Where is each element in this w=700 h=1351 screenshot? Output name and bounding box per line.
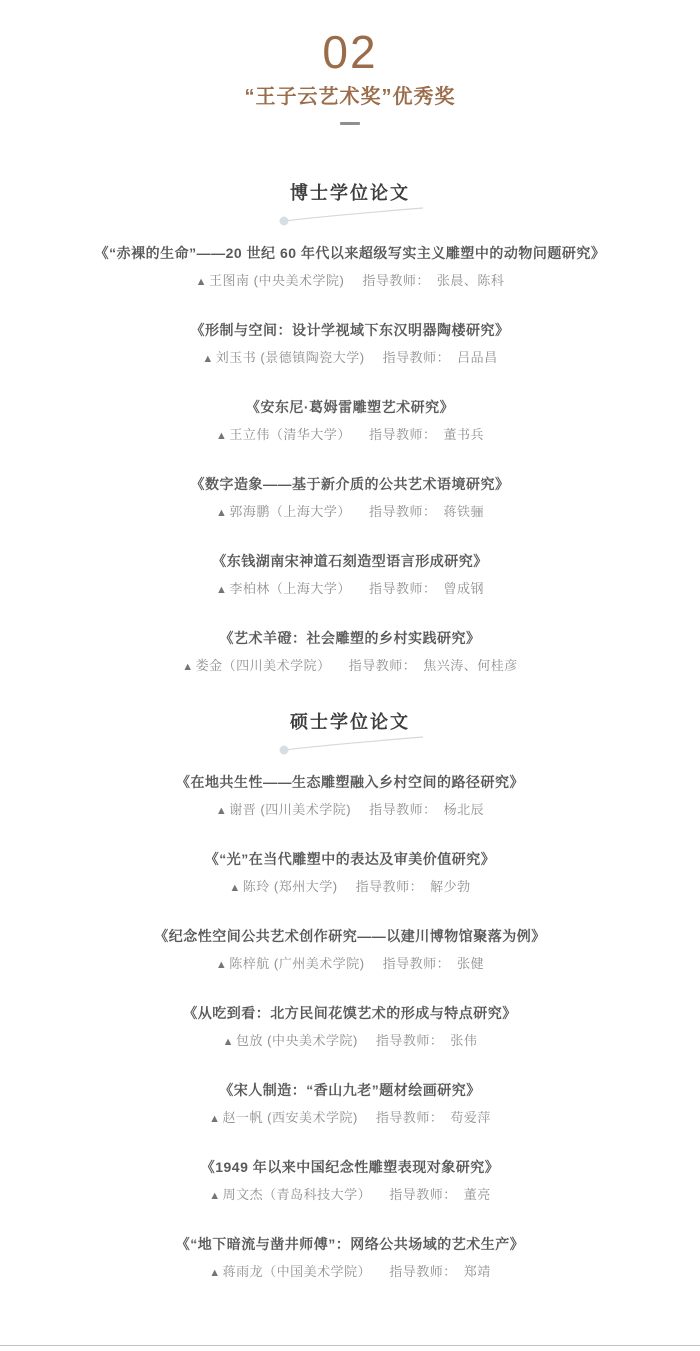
thesis-entry: 《“赤裸的生命”——20 世纪 60 年代以来超级写实主义雕塑中的动物问题研究》… <box>0 243 700 291</box>
thesis-title: 《艺术羊磴：社会雕塑的乡村实践研究》 <box>0 628 700 648</box>
triangle-marker-icon: ▲ <box>216 430 227 442</box>
thesis-advisors: 董书兵 <box>443 427 484 442</box>
title-divider-dash <box>340 122 360 125</box>
section-heading: 硕士学位论文 <box>0 710 700 735</box>
thesis-author: 王图南 (中央美术学院) <box>209 273 344 288</box>
doctoral-entries: 《“赤裸的生命”——20 世纪 60 年代以来超级写实主义雕塑中的动物问题研究》… <box>0 243 700 676</box>
thesis-byline: ▲陈梓航 (广州美术学院)指导教师：张健 <box>0 955 700 974</box>
advisor-label: 指导教师： <box>376 1033 444 1048</box>
triangle-marker-icon: ▲ <box>223 1036 234 1048</box>
thesis-byline: ▲郭海鹏（上海大学）指导教师：蒋铁骊 <box>0 503 700 522</box>
thesis-advisors: 董亮 <box>464 1187 491 1202</box>
thesis-author: 郭海鹏（上海大学） <box>229 504 351 519</box>
thesis-entry: 《纪念性空间公共艺术创作研究——以建川博物馆聚落为例》 ▲陈梓航 (广州美术学院… <box>0 926 700 974</box>
thesis-advisors: 解少勃 <box>430 879 471 894</box>
comet-swoosh-icon <box>275 732 425 756</box>
thesis-entry: 《“地下暗流与凿井师傅”：网络公共场域的艺术生产》 ▲蒋雨龙（中国美术学院）指导… <box>0 1234 700 1282</box>
triangle-marker-icon: ▲ <box>209 1113 220 1125</box>
thesis-title: 《“光”在当代雕塑中的表达及审美价值研究》 <box>0 849 700 869</box>
thesis-byline: ▲包放 (中央美术学院)指导教师：张伟 <box>0 1032 700 1051</box>
thesis-title: 《纪念性空间公共艺术创作研究——以建川博物馆聚落为例》 <box>0 926 700 946</box>
triangle-marker-icon: ▲ <box>209 1190 220 1202</box>
triangle-marker-icon: ▲ <box>202 353 213 365</box>
advisor-label: 指导教师： <box>369 802 437 817</box>
thesis-entry: 《形制与空间：设计学视域下东汉明器陶楼研究》 ▲刘玉书 (景德镇陶瓷大学)指导教… <box>0 320 700 368</box>
thesis-entry: 《安东尼·葛姆雷雕塑艺术研究》 ▲王立伟（清华大学）指导教师：董书兵 <box>0 397 700 445</box>
thesis-byline: ▲李柏林（上海大学）指导教师：曾成钢 <box>0 580 700 599</box>
triangle-marker-icon: ▲ <box>229 882 240 894</box>
advisor-label: 指导教师： <box>356 879 424 894</box>
comet-swoosh-icon <box>275 203 425 227</box>
thesis-author: 赵一帆 (西安美术学院) <box>223 1110 358 1125</box>
thesis-byline: ▲周文杰（青岛科技大学）指导教师：董亮 <box>0 1186 700 1205</box>
master-entries: 《在地共生性——生态雕塑融入乡村空间的路径研究》 ▲谢晋 (四川美术学院)指导教… <box>0 772 700 1282</box>
thesis-author: 谢晋 (四川美术学院) <box>229 802 351 817</box>
thesis-author: 刘玉书 (景德镇陶瓷大学) <box>216 350 365 365</box>
thesis-advisors: 张晨、陈科 <box>437 273 505 288</box>
thesis-author: 娄金（四川美术学院） <box>196 658 331 673</box>
advisor-label: 指导教师： <box>383 956 451 971</box>
award-announcement-page: 02 “王子云艺术奖”优秀奖 博士学位论文 《“赤裸的生命”——20 世纪 60… <box>0 0 700 1351</box>
thesis-byline: ▲蒋雨龙（中国美术学院）指导教师：郑靖 <box>0 1263 700 1282</box>
triangle-marker-icon: ▲ <box>216 507 227 519</box>
thesis-advisors: 苟爱萍 <box>450 1110 491 1125</box>
thesis-title: 《宋人制造：“香山九老”题材绘画研究》 <box>0 1080 700 1100</box>
thesis-title: 《“地下暗流与凿井师傅”：网络公共场域的艺术生产》 <box>0 1234 700 1254</box>
advisor-label: 指导教师： <box>389 1187 457 1202</box>
thesis-advisors: 曾成钢 <box>443 581 484 596</box>
thesis-title: 《安东尼·葛姆雷雕塑艺术研究》 <box>0 397 700 417</box>
thesis-author: 周文杰（青岛科技大学） <box>223 1187 372 1202</box>
thesis-entry: 《1949 年以来中国纪念性雕塑表现对象研究》 ▲周文杰（青岛科技大学）指导教师… <box>0 1157 700 1205</box>
thesis-entry: 《“光”在当代雕塑中的表达及审美价值研究》 ▲陈玲 (郑州大学)指导教师：解少勃 <box>0 849 700 897</box>
thesis-entry: 《从吃到看：北方民间花馍艺术的形成与特点研究》 ▲包放 (中央美术学院)指导教师… <box>0 1003 700 1051</box>
thesis-title: 《形制与空间：设计学视域下东汉明器陶楼研究》 <box>0 320 700 340</box>
thesis-title: 《从吃到看：北方民间花馍艺术的形成与特点研究》 <box>0 1003 700 1023</box>
thesis-advisors: 蒋铁骊 <box>443 504 484 519</box>
thesis-byline: ▲陈玲 (郑州大学)指导教师：解少勃 <box>0 878 700 897</box>
advisor-label: 指导教师： <box>376 1110 444 1125</box>
section-number: 02 <box>0 26 700 79</box>
thesis-author: 陈玲 (郑州大学) <box>243 879 338 894</box>
advisor-label: 指导教师： <box>383 350 451 365</box>
thesis-byline: ▲王立伟（清华大学）指导教师：董书兵 <box>0 426 700 445</box>
thesis-entry: 《宋人制造：“香山九老”题材绘画研究》 ▲赵一帆 (西安美术学院)指导教师：苟爱… <box>0 1080 700 1128</box>
triangle-marker-icon: ▲ <box>216 805 227 817</box>
advisor-label: 指导教师： <box>362 273 430 288</box>
section-master: 硕士学位论文 《在地共生性——生态雕塑融入乡村空间的路径研究》 ▲谢晋 (四川美… <box>0 710 700 1282</box>
section-doctoral: 博士学位论文 《“赤裸的生命”——20 世纪 60 年代以来超级写实主义雕塑中的… <box>0 181 700 676</box>
triangle-marker-icon: ▲ <box>209 1267 220 1279</box>
thesis-entry: 《东钱湖南宋神道石刻造型语言形成研究》 ▲李柏林（上海大学）指导教师：曾成钢 <box>0 551 700 599</box>
thesis-author: 包放 (中央美术学院) <box>236 1033 358 1048</box>
thesis-author: 李柏林（上海大学） <box>229 581 351 596</box>
triangle-marker-icon: ▲ <box>216 584 227 596</box>
thesis-author: 王立伟（清华大学） <box>229 427 351 442</box>
thesis-author: 陈梓航 (广州美术学院) <box>229 956 364 971</box>
thesis-entry: 《数字造象——基于新介质的公共艺术语境研究》 ▲郭海鹏（上海大学）指导教师：蒋铁… <box>0 474 700 522</box>
thesis-title: 《数字造象——基于新介质的公共艺术语境研究》 <box>0 474 700 494</box>
thesis-advisors: 焦兴涛、何桂彦 <box>423 658 518 673</box>
thesis-advisors: 张健 <box>457 956 484 971</box>
thesis-entry: 《艺术羊磴：社会雕塑的乡村实践研究》 ▲娄金（四川美术学院）指导教师：焦兴涛、何… <box>0 628 700 676</box>
thesis-byline: ▲王图南 (中央美术学院)指导教师：张晨、陈科 <box>0 272 700 291</box>
thesis-byline: ▲赵一帆 (西安美术学院)指导教师：苟爱萍 <box>0 1109 700 1128</box>
thesis-title: 《“赤裸的生命”——20 世纪 60 年代以来超级写实主义雕塑中的动物问题研究》 <box>0 243 700 263</box>
thesis-author: 蒋雨龙（中国美术学院） <box>223 1264 372 1279</box>
thesis-entry: 《在地共生性——生态雕塑融入乡村空间的路径研究》 ▲谢晋 (四川美术学院)指导教… <box>0 772 700 820</box>
thesis-title: 《在地共生性——生态雕塑融入乡村空间的路径研究》 <box>0 772 700 792</box>
thesis-byline: ▲刘玉书 (景德镇陶瓷大学)指导教师：吕品昌 <box>0 349 700 368</box>
advisor-label: 指导教师： <box>349 658 417 673</box>
advisor-label: 指导教师： <box>369 581 437 596</box>
thesis-byline: ▲谢晋 (四川美术学院)指导教师：杨北辰 <box>0 801 700 820</box>
bottom-divider <box>0 1345 700 1346</box>
thesis-title: 《东钱湖南宋神道石刻造型语言形成研究》 <box>0 551 700 571</box>
thesis-advisors: 杨北辰 <box>444 802 485 817</box>
section-heading: 博士学位论文 <box>0 181 700 206</box>
thesis-advisors: 郑靖 <box>464 1264 491 1279</box>
advisor-label: 指导教师： <box>369 427 437 442</box>
thesis-title: 《1949 年以来中国纪念性雕塑表现对象研究》 <box>0 1157 700 1177</box>
page-title: “王子云艺术奖”优秀奖 <box>0 84 700 110</box>
triangle-marker-icon: ▲ <box>216 959 227 971</box>
advisor-label: 指导教师： <box>369 504 437 519</box>
advisor-label: 指导教师： <box>389 1264 457 1279</box>
thesis-advisors: 张伟 <box>450 1033 477 1048</box>
triangle-marker-icon: ▲ <box>196 276 207 288</box>
thesis-advisors: 吕品昌 <box>457 350 498 365</box>
triangle-marker-icon: ▲ <box>182 661 193 673</box>
thesis-byline: ▲娄金（四川美术学院）指导教师：焦兴涛、何桂彦 <box>0 657 700 676</box>
page-header: 02 “王子云艺术奖”优秀奖 <box>0 0 700 125</box>
